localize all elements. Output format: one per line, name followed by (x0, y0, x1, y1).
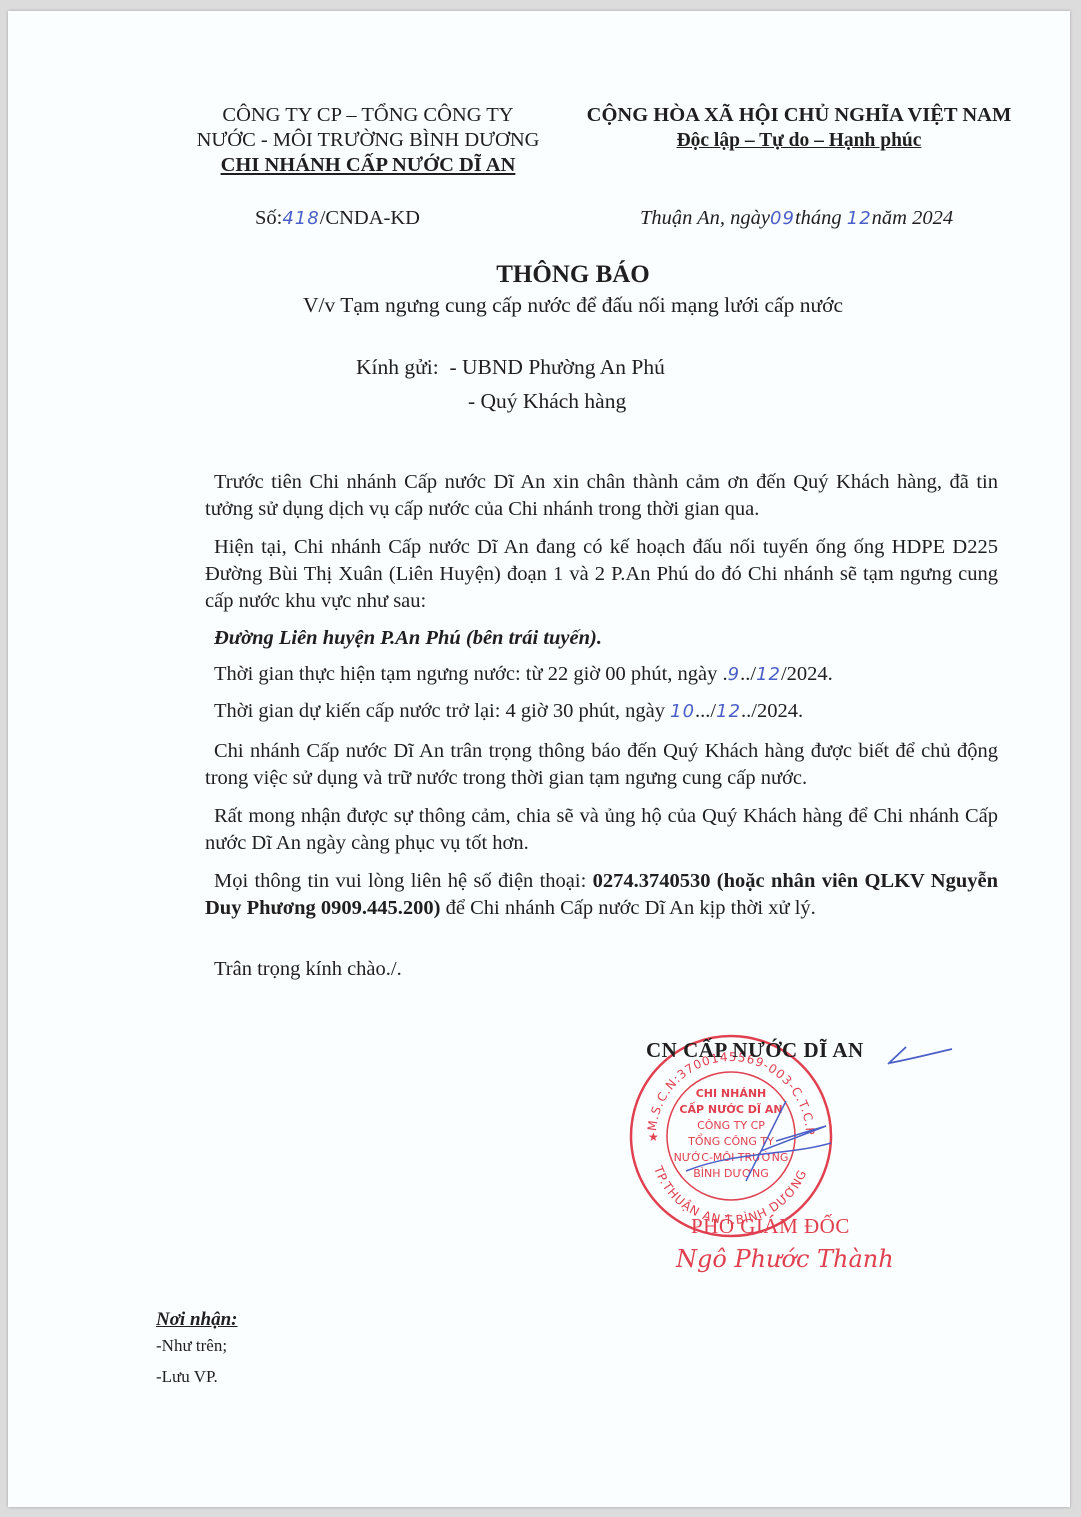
distribution-label: Nơi nhận: (156, 1309, 237, 1331)
issuer-line-2: NƯỚC - MÔI TRƯỜNG BÌNH DƯƠNG (158, 128, 578, 153)
distribution-item: -Như trên; (156, 1336, 227, 1356)
paragraph-text: Trước tiên Chi nhánh Cấp nước Dĩ An xin … (205, 471, 998, 520)
body-paragraph-intro: Trước tiên Chi nhánh Cấp nước Dĩ An xin … (205, 469, 998, 523)
separator: .../ (695, 700, 716, 722)
national-title: CỘNG HÒA XÃ HỘI CHỦ NGHĨA VIỆT NAM (564, 103, 1034, 128)
issuer-header: CÔNG TY CP – TỔNG CÔNG TY NƯỚC - MÔI TRƯ… (158, 103, 578, 178)
svg-text:CHI NHÁNH: CHI NHÁNH (696, 1087, 767, 1100)
recipient-item: - UBND Phường An Phú (449, 355, 664, 379)
issuer-branch: CHI NHÁNH CẤP NƯỚC DĨ AN (158, 153, 578, 178)
recipients-label: Kính gửi: (356, 355, 439, 379)
place-date: Thuận An, ngày09tháng 12năm 2024 (640, 207, 953, 230)
month-label: tháng (795, 207, 842, 229)
body-paragraph-notice: Chi nhánh Cấp nước Dĩ An trân trọng thôn… (205, 738, 998, 792)
document-page: CÔNG TY CP – TỔNG CÔNG TY NƯỚC - MÔI TRƯ… (8, 11, 1070, 1507)
svg-text:★: ★ (648, 1130, 659, 1144)
resume-time-year: ../2024. (741, 700, 803, 722)
national-header: CỘNG HÒA XÃ HỘI CHỦ NGHĨA VIỆT NAM Độc l… (564, 103, 1034, 153)
body-paragraph-contact: Mọi thông tin vui lòng liên hệ số điện t… (205, 868, 998, 922)
document-title: THÔNG BÁO (8, 261, 1081, 289)
paragraph-text: Rất mong nhận được sự thông cảm, chia sẽ… (205, 805, 998, 854)
year-label: năm 2024 (872, 207, 953, 229)
affected-area: Đường Liên huyện P.An Phú (bên trái tuyế… (214, 627, 602, 650)
svg-text:CẤP NƯỚC DĨ AN: CẤP NƯỚC DĨ AN (679, 1101, 782, 1116)
contact-text: Mọi thông tin vui lòng liên hệ số điện t… (214, 870, 593, 892)
issuer-line-1: CÔNG TY CP – TỔNG CÔNG TY (158, 103, 578, 128)
signature-flourish-icon (886, 1039, 956, 1069)
stop-time-year: /2024. (781, 663, 833, 685)
recipients-line-1: Kính gửi: - UBND Phường An Phú (356, 355, 665, 380)
stop-time: Thời gian thực hiện tạm ngưng nước: từ 2… (214, 663, 833, 686)
signer-name: Ngô Phước Thành (676, 1245, 894, 1273)
signer-position: PHÓ GIÁM ĐỐC (691, 1214, 850, 1239)
handwritten-month: 12 (847, 208, 872, 229)
closing: Trân trọng kính chào./. (214, 958, 402, 981)
svg-text:CÔNG TY CP: CÔNG TY CP (697, 1119, 765, 1132)
handwritten-day: 09 (770, 208, 795, 229)
recipient-item: - Quý Khách hàng (468, 389, 626, 414)
signature-org: CN CẤP NƯỚC DĨ AN (646, 1038, 864, 1063)
handwritten-stop-month: 12 (756, 664, 781, 685)
svg-text:BÌNH DƯƠNG: BÌNH DƯƠNG (693, 1167, 769, 1180)
resume-time: Thời gian dự kiến cấp nước trở lại: 4 gi… (214, 700, 803, 723)
body-paragraph-plan: Hiện tại, Chi nhánh Cấp nước Dĩ An đang … (205, 534, 998, 615)
distribution-item: -Lưu VP. (156, 1367, 218, 1387)
document-number: Số:418/CNDA-KD (255, 207, 420, 230)
svg-text:TỔNG CÔNG TY: TỔNG CÔNG TY (687, 1133, 774, 1148)
separator: ../ (740, 663, 756, 685)
body-paragraph-thanks: Rất mong nhận được sự thông cảm, chia sẽ… (205, 803, 998, 857)
place-label: Thuận An, ngày (640, 207, 770, 229)
resume-time-text: Thời gian dự kiến cấp nước trở lại: 4 gi… (214, 700, 670, 722)
contact-text: để Chi nhánh Cấp nước Dĩ An kịp thời xử … (441, 897, 816, 919)
national-motto: Độc lập – Tự do – Hạnh phúc (564, 128, 1034, 153)
document-subject: V/v Tạm ngưng cung cấp nước để đấu nối m… (8, 293, 1081, 318)
stop-time-text: Thời gian thực hiện tạm ngưng nước: từ 2… (214, 663, 728, 685)
handwritten-number: 418 (282, 208, 319, 229)
number-suffix: /CNDA-KD (320, 207, 420, 229)
paragraph-text: Hiện tại, Chi nhánh Cấp nước Dĩ An đang … (205, 536, 998, 612)
paragraph-text: Chi nhánh Cấp nước Dĩ An trân trọng thôn… (205, 740, 998, 789)
handwritten-resume-day: 10 (670, 701, 695, 722)
number-prefix: Số: (255, 207, 282, 229)
handwritten-resume-month: 12 (716, 701, 741, 722)
handwritten-stop-day: 9 (728, 664, 740, 685)
